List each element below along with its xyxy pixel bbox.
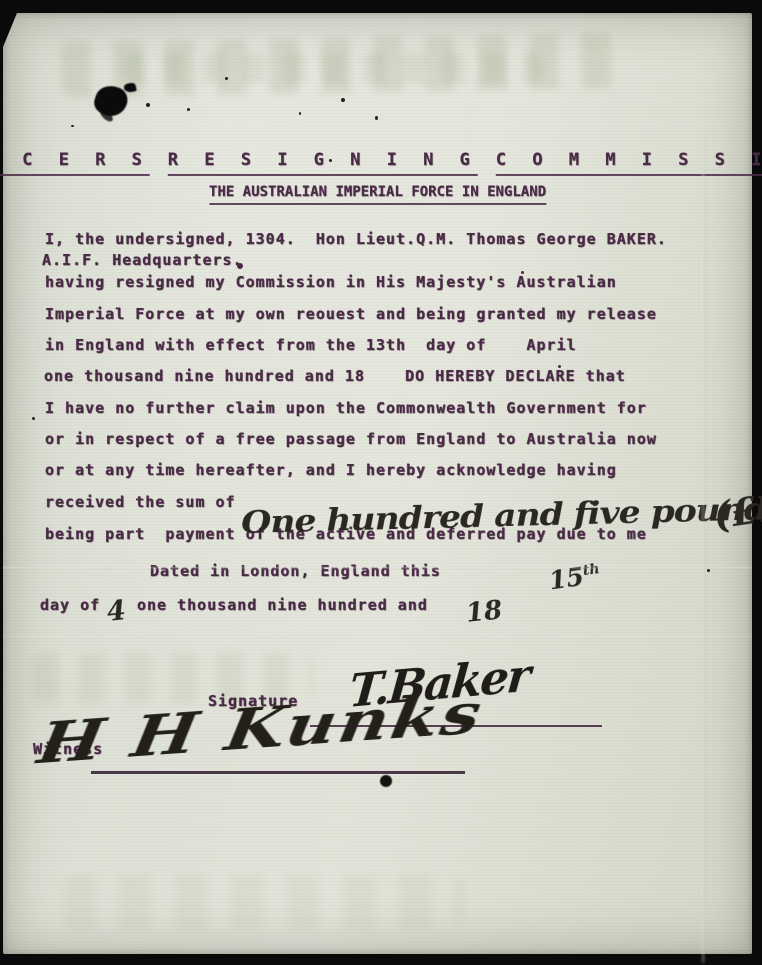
ink-speck bbox=[71, 125, 74, 127]
ink-speck bbox=[341, 98, 345, 102]
amount-figures: (£105) bbox=[711, 474, 762, 538]
handwritten-month: 4 bbox=[105, 595, 127, 628]
document-subtitle: THE AUSTRALIAN IMPERIAL FORCE IN ENGLAND bbox=[209, 184, 546, 205]
photo-frame: O F F I C E R SR E S I G N I N GC O M M … bbox=[0, 0, 762, 965]
bleed-through-smudge bbox=[63, 875, 463, 930]
title-word: C O M M I S S I O N S bbox=[496, 150, 762, 176]
body-line: in England with effect from the 13th day… bbox=[45, 336, 577, 354]
bleed-through-smudge bbox=[61, 32, 627, 98]
day-line-prefix: day of bbox=[40, 596, 100, 614]
body-line: I, the undersigned, 1304. Hon Lieut.Q.M.… bbox=[45, 230, 667, 248]
ink-speck bbox=[299, 112, 301, 115]
body-line: having resigned my Commission in His Maj… bbox=[45, 273, 617, 291]
photo-corner-shadow bbox=[3, 13, 17, 47]
ink-speck bbox=[146, 103, 150, 107]
ink-speck bbox=[187, 108, 190, 111]
handwritten-year: 18 bbox=[465, 595, 504, 629]
ink-speck bbox=[707, 569, 710, 572]
ink-dot bbox=[380, 775, 392, 787]
document-page: O F F I C E R SR E S I G N I N GC O M M … bbox=[3, 13, 752, 954]
ink-speck bbox=[32, 417, 35, 420]
amount-words: One hundred and five pounds bbox=[241, 491, 762, 541]
handwritten-day: 15th bbox=[547, 560, 602, 596]
day-line-rest: one thousand nine hundred and bbox=[137, 596, 428, 614]
body-line: or in respect of a free passage from Eng… bbox=[45, 430, 657, 448]
day-suffix: th bbox=[582, 561, 601, 579]
ink-speck bbox=[375, 116, 378, 120]
paper-crease bbox=[702, 133, 705, 963]
body-line: or at any time hereafter, and I hereby a… bbox=[45, 461, 617, 479]
body-line: I have no further claim upon the Commonw… bbox=[45, 399, 647, 417]
bleed-through-smudge bbox=[123, 53, 543, 83]
body-line: Imperial Force at my own reouest and bei… bbox=[45, 305, 657, 323]
body-line: one thousand nine hundred and 18 DO HERE… bbox=[44, 367, 626, 385]
ink-speck bbox=[225, 77, 228, 80]
dated-line: Dated in London, England this bbox=[150, 562, 441, 580]
title-word: R E S I G N I N G bbox=[168, 150, 478, 176]
ink-blot bbox=[91, 82, 131, 120]
paper-crease bbox=[3, 567, 752, 569]
document-title: O F F I C E R SR E S I G N I N GC O M M … bbox=[0, 150, 762, 170]
body-line: received the sum of bbox=[45, 493, 236, 511]
title-word: O F F I C E R S bbox=[0, 150, 150, 176]
handwritten-amount: One hundred and five pounds (£105) bbox=[241, 482, 762, 542]
witness-line bbox=[91, 771, 465, 774]
paper-crease bbox=[3, 636, 752, 638]
body-line: A.I.F. Headquarters. bbox=[42, 251, 243, 269]
